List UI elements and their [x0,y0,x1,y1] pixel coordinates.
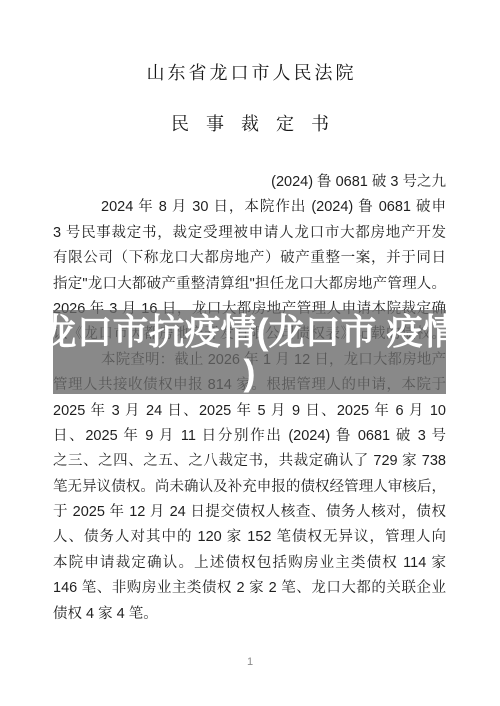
document-line: 146 笔、非购房业主类债权 2 家 2 笔、龙口大都的关联企业 [53,576,446,601]
case-number: (2024) 鲁 0681 破 3 号之九 [53,170,446,195]
document-line: 人、债务人对其中的 120 家 152 笔债权无异议，管理人向 [53,525,446,550]
document-line: 2025 年 3 月 24 日、2025 年 5 月 9 日、2025 年 6 … [53,399,446,424]
document-line: 2024 年 8 月 30 日，本院作出 (2024) 鲁 0681 破申 [53,195,446,220]
page-number: 1 [0,656,500,668]
document-line: 3 号民事裁定书，裁定受理被申请人龙口市大都房地产开发 [53,221,446,246]
document-page: 山东省龙口市人民法院 民事裁定书 (2024) 鲁 0681 破 3 号之九 2… [0,0,500,706]
document-line: 于 2025 年 12 月 24 日提交债权人核查、债务人核对，债权 [53,500,446,525]
watermark-text-line: ) [244,352,256,393]
court-name: 山东省龙口市人民法院 [0,0,500,85]
document-body: (2024) 鲁 0681 破 3 号之九 2024 年 8 月 30 日，本院… [53,170,446,627]
document-line: 日、2025 年 9 月 11 日分别作出 (2024) 鲁 0681 破 3 … [53,424,446,449]
document-line: 债权 4 家 4 笔。 [53,602,446,627]
document-line: 指定"龙口大都破产重整清算组"担任龙口大都房地产管理人。 [53,272,446,297]
document-line: 有限公司（下称龙口大都房地产）破产重整一案，并于同日 [53,246,446,271]
watermark-text-line: 龙口市抗疫情(龙口市 疫情 [41,311,459,352]
document-title: 民事裁定书 [0,110,500,136]
watermark-overlay: 龙口市抗疫情(龙口市 疫情 ) [53,310,446,394]
document-line: 笔无异议债权。尚未确认及补充申报的债权经管理人审核后， [53,475,446,500]
document-line: 之三、之四、之五、之八裁定书，共裁定确认了 729 家 738 [53,449,446,474]
document-line: 本院申请裁定确认。上述债权包括购房业主类债权 114 家 [53,551,446,576]
